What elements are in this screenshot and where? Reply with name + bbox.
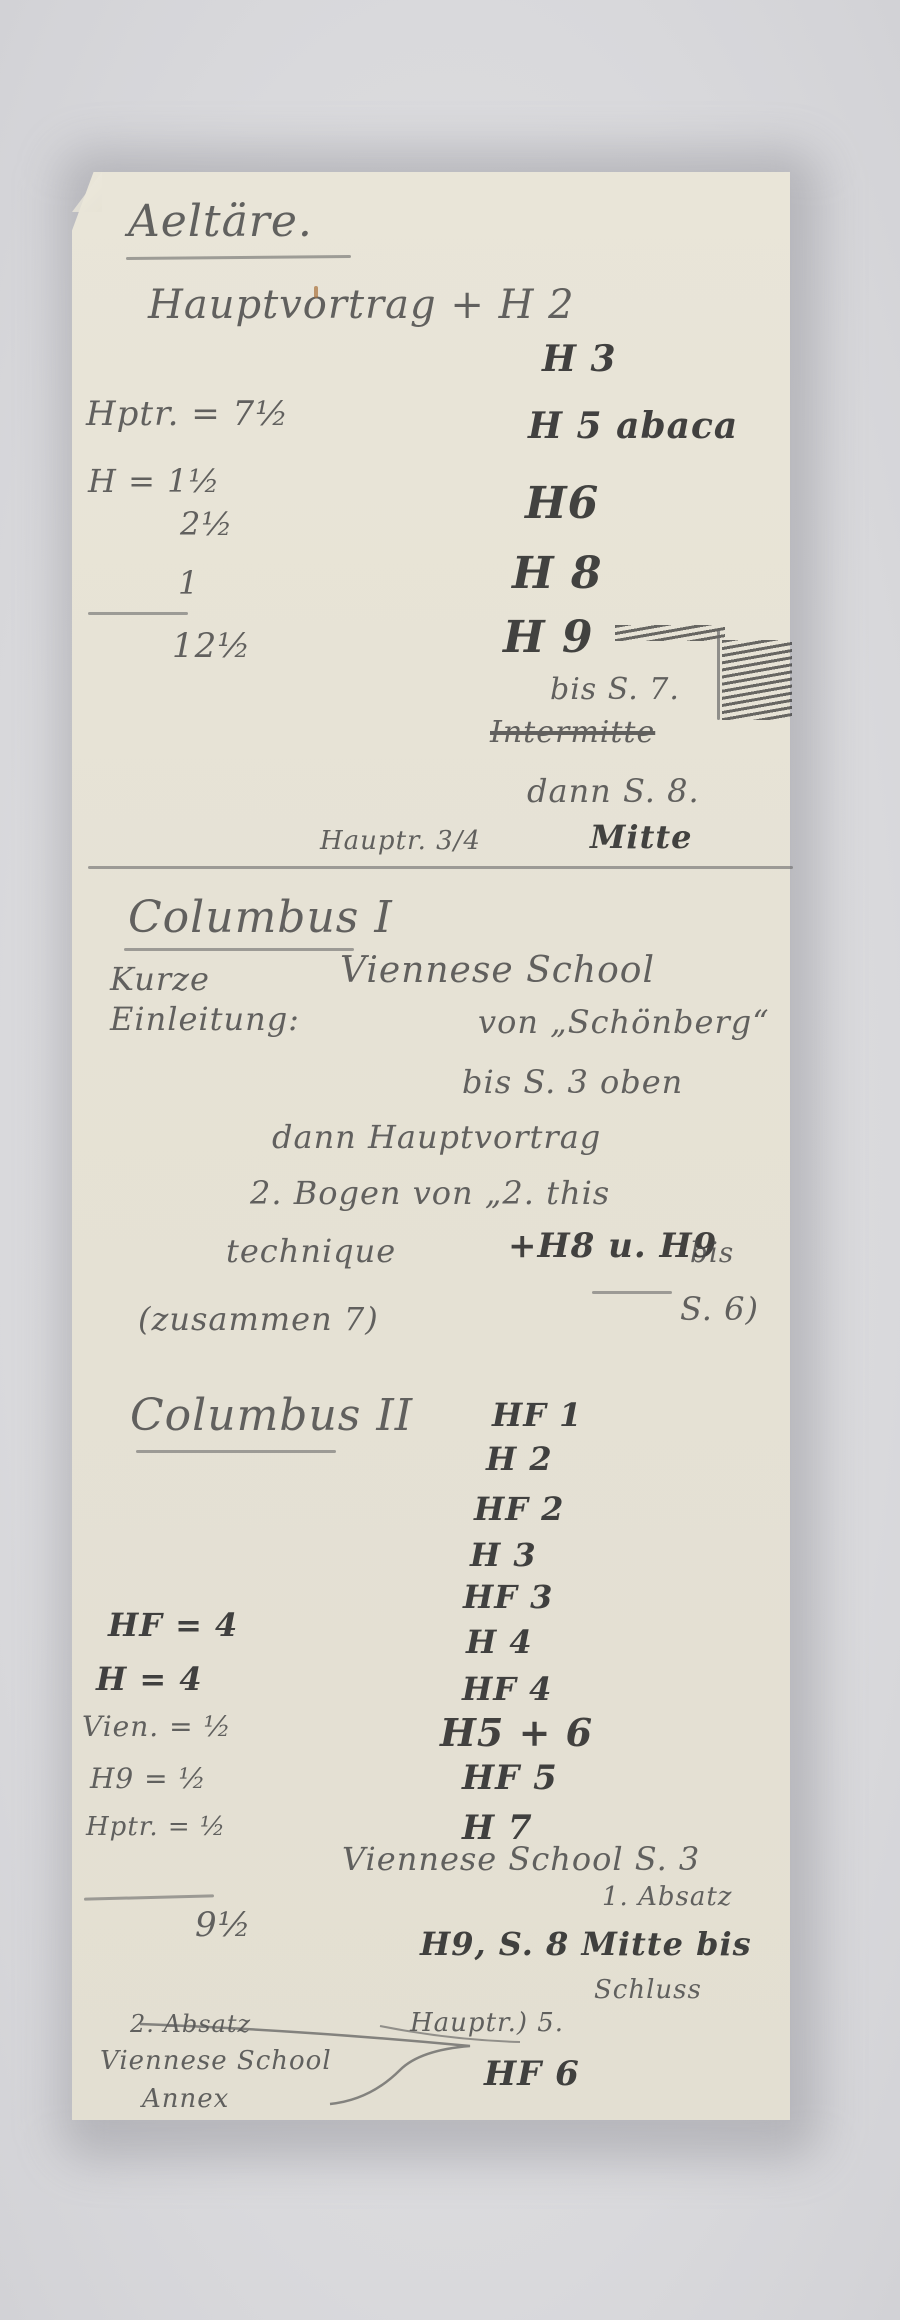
section2-line7: +H8 u. H9 [508,1226,717,1266]
tally1-line3: 2½ [180,505,233,543]
section3-item-8: H5 + 6 [440,1710,593,1755]
tally1-line1: Hptr. = 7½ [86,394,289,434]
section3-schluss: Schluss [594,1975,702,2005]
section3-item-7: HF 4 [462,1670,552,1708]
section-divider [88,866,793,869]
tally2-line5: Hptr. = ½ [86,1812,226,1842]
section3-title-underline [136,1450,336,1453]
section3-item-1: HF 1 [492,1396,582,1434]
section3-title: Columbus II [130,1390,413,1441]
tally1-line4: 1 [178,564,199,602]
section3-item-9: HF 5 [462,1758,558,1798]
section1-line1: Hauptvortrag + H 2 [148,282,575,328]
section1-item-h8: H 8 [512,548,603,599]
section3-final-item: HF 6 [484,2054,580,2094]
section2-note: (zusammen 7) [138,1300,379,1338]
section2-label1: Kurze [110,960,210,998]
tally1-total: 12½ [172,626,251,666]
tally1-sum-line [88,612,188,615]
section3-item-6: H 4 [466,1623,533,1661]
tally2-line3: Vien. = ½ [82,1710,232,1743]
section1-footer: Hauptr. 3/4 [320,826,481,856]
section3-item-4: H 3 [470,1536,537,1574]
section2-line3: bis S. 3 oben [462,1063,683,1101]
section3-viennese-line: Viennese School S. 3 [342,1840,700,1878]
section3-item-2: H 2 [486,1440,553,1478]
section1-item-h5: H 5 abaca [528,405,738,447]
annex-line2: Viennese School [100,2046,332,2076]
section2-line9: S. 6) [680,1290,759,1328]
section1-continuation: dann S. 8. [527,772,700,810]
section2-line4: dann Hauptvortrag [272,1118,601,1156]
vertical-mark [717,630,720,720]
crossed-out-scribble-block [722,640,792,720]
tally1-line2: H = 1½ [88,462,220,500]
section1-mitte: Mitte [590,818,693,856]
ink-stain [314,286,318,298]
section2-line2: von „Schönberg“ [478,1003,770,1041]
tally2-total: 9½ [195,1905,252,1945]
tally2-line1: HF = 4 [108,1606,238,1644]
section1-struck-word: Intermitte [490,715,655,750]
section1-h9-note: bis S. 7. [550,672,680,707]
section1-item-h6: H6 [525,478,599,529]
section1-title: Aeltäre. [128,196,313,247]
section2-label2: Einleitung: [110,1000,300,1038]
section1-item-h9: H 9 [503,612,594,663]
annex-line3: Annex [142,2084,229,2114]
annex-line1: 2. Absatz [130,2010,251,2038]
section2-title: Columbus I [128,892,393,943]
section2-line6: technique [226,1232,396,1270]
section2-title-underline [124,948,354,951]
tally2-line4: H9 = ½ [90,1762,207,1795]
section3-absatz1: 1. Absatz [602,1882,732,1912]
section2-underline [592,1291,672,1294]
section2-line5: 2. Bogen von „2. this [250,1174,610,1212]
section2-line1: Viennese School [340,950,655,991]
tally2-line2: H = 4 [96,1660,203,1698]
section1-item-h3: H 3 [542,338,617,380]
section3-haupt-note: Hauptr.) 5. [410,2008,564,2038]
section3-item-5: HF 3 [463,1578,553,1616]
section3-item-3: HF 2 [474,1490,564,1528]
section3-h9-line: H9, S. 8 Mitte bis [420,1925,752,1963]
section2-line8: bis [690,1236,734,1269]
crossed-out-scribble [615,625,725,641]
